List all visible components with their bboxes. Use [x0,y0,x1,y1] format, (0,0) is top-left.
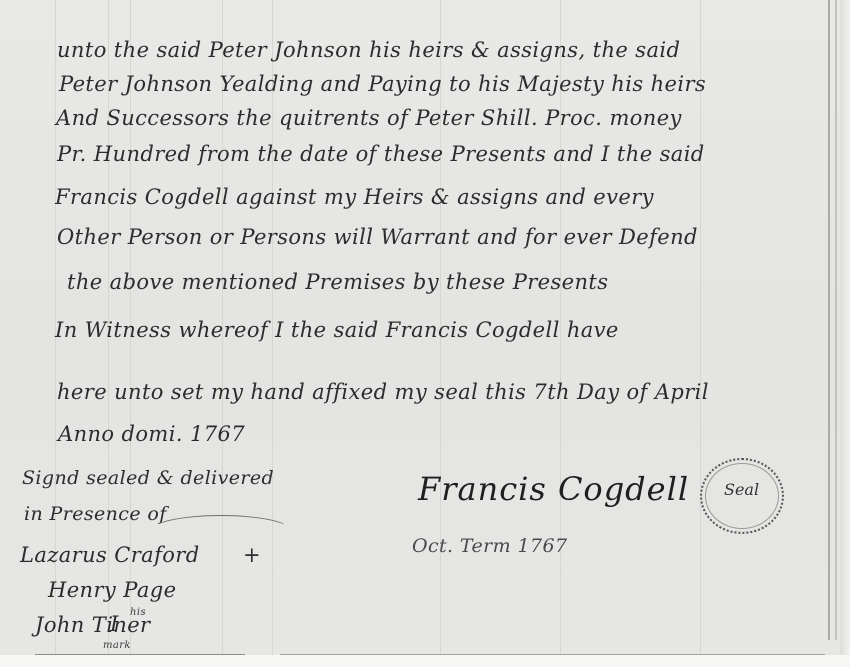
document-page: unto the said Peter Johnson his heirs & … [0,0,850,667]
witness-name-lazarus-craford: Lazarus Craford [20,543,200,567]
seal-label: Seal [724,480,759,499]
witness-name-henry-page: Henry Page [48,578,176,602]
deed-line-8: In Witness whereof I the said Francis Co… [55,318,619,342]
page-edge-line [835,0,837,640]
page-bottom-margin [0,655,850,667]
deed-line-6: Other Person or Persons will Warrant and… [57,225,698,249]
deed-line-7: the above mentioned Premises by these Pr… [67,270,608,294]
mark-symbol: I [110,612,119,636]
ruling-line [700,0,701,655]
deed-line-9: here unto set my hand affixed my seal th… [57,380,709,404]
signature-francis-cogdell: Francis Cogdell [418,470,689,508]
witness-heading-signed: Signd sealed & delivered [22,467,274,489]
deed-line-1: unto the said Peter Johnson his heirs & … [57,38,680,62]
page-edge-line [828,0,830,640]
deed-line-5: Francis Cogdell against my Heirs & assig… [55,185,654,209]
page-margin [840,0,850,667]
witness-cross-mark: + [243,543,261,567]
witness-heading-presence: in Presence of [24,503,167,525]
deed-line-10: Anno domi. 1767 [58,422,245,446]
court-term-note: Oct. Term 1767 [412,535,567,557]
deed-line-3: And Successors the quitrents of Peter Sh… [56,106,682,130]
deed-line-4: Pr. Hundred from the date of these Prese… [57,142,705,166]
mark-label-mark: mark [103,640,131,651]
witness-name-john-tiner: John Tiner [35,613,151,637]
deed-line-2: Peter Johnson Yealding and Paying to his… [59,72,706,96]
